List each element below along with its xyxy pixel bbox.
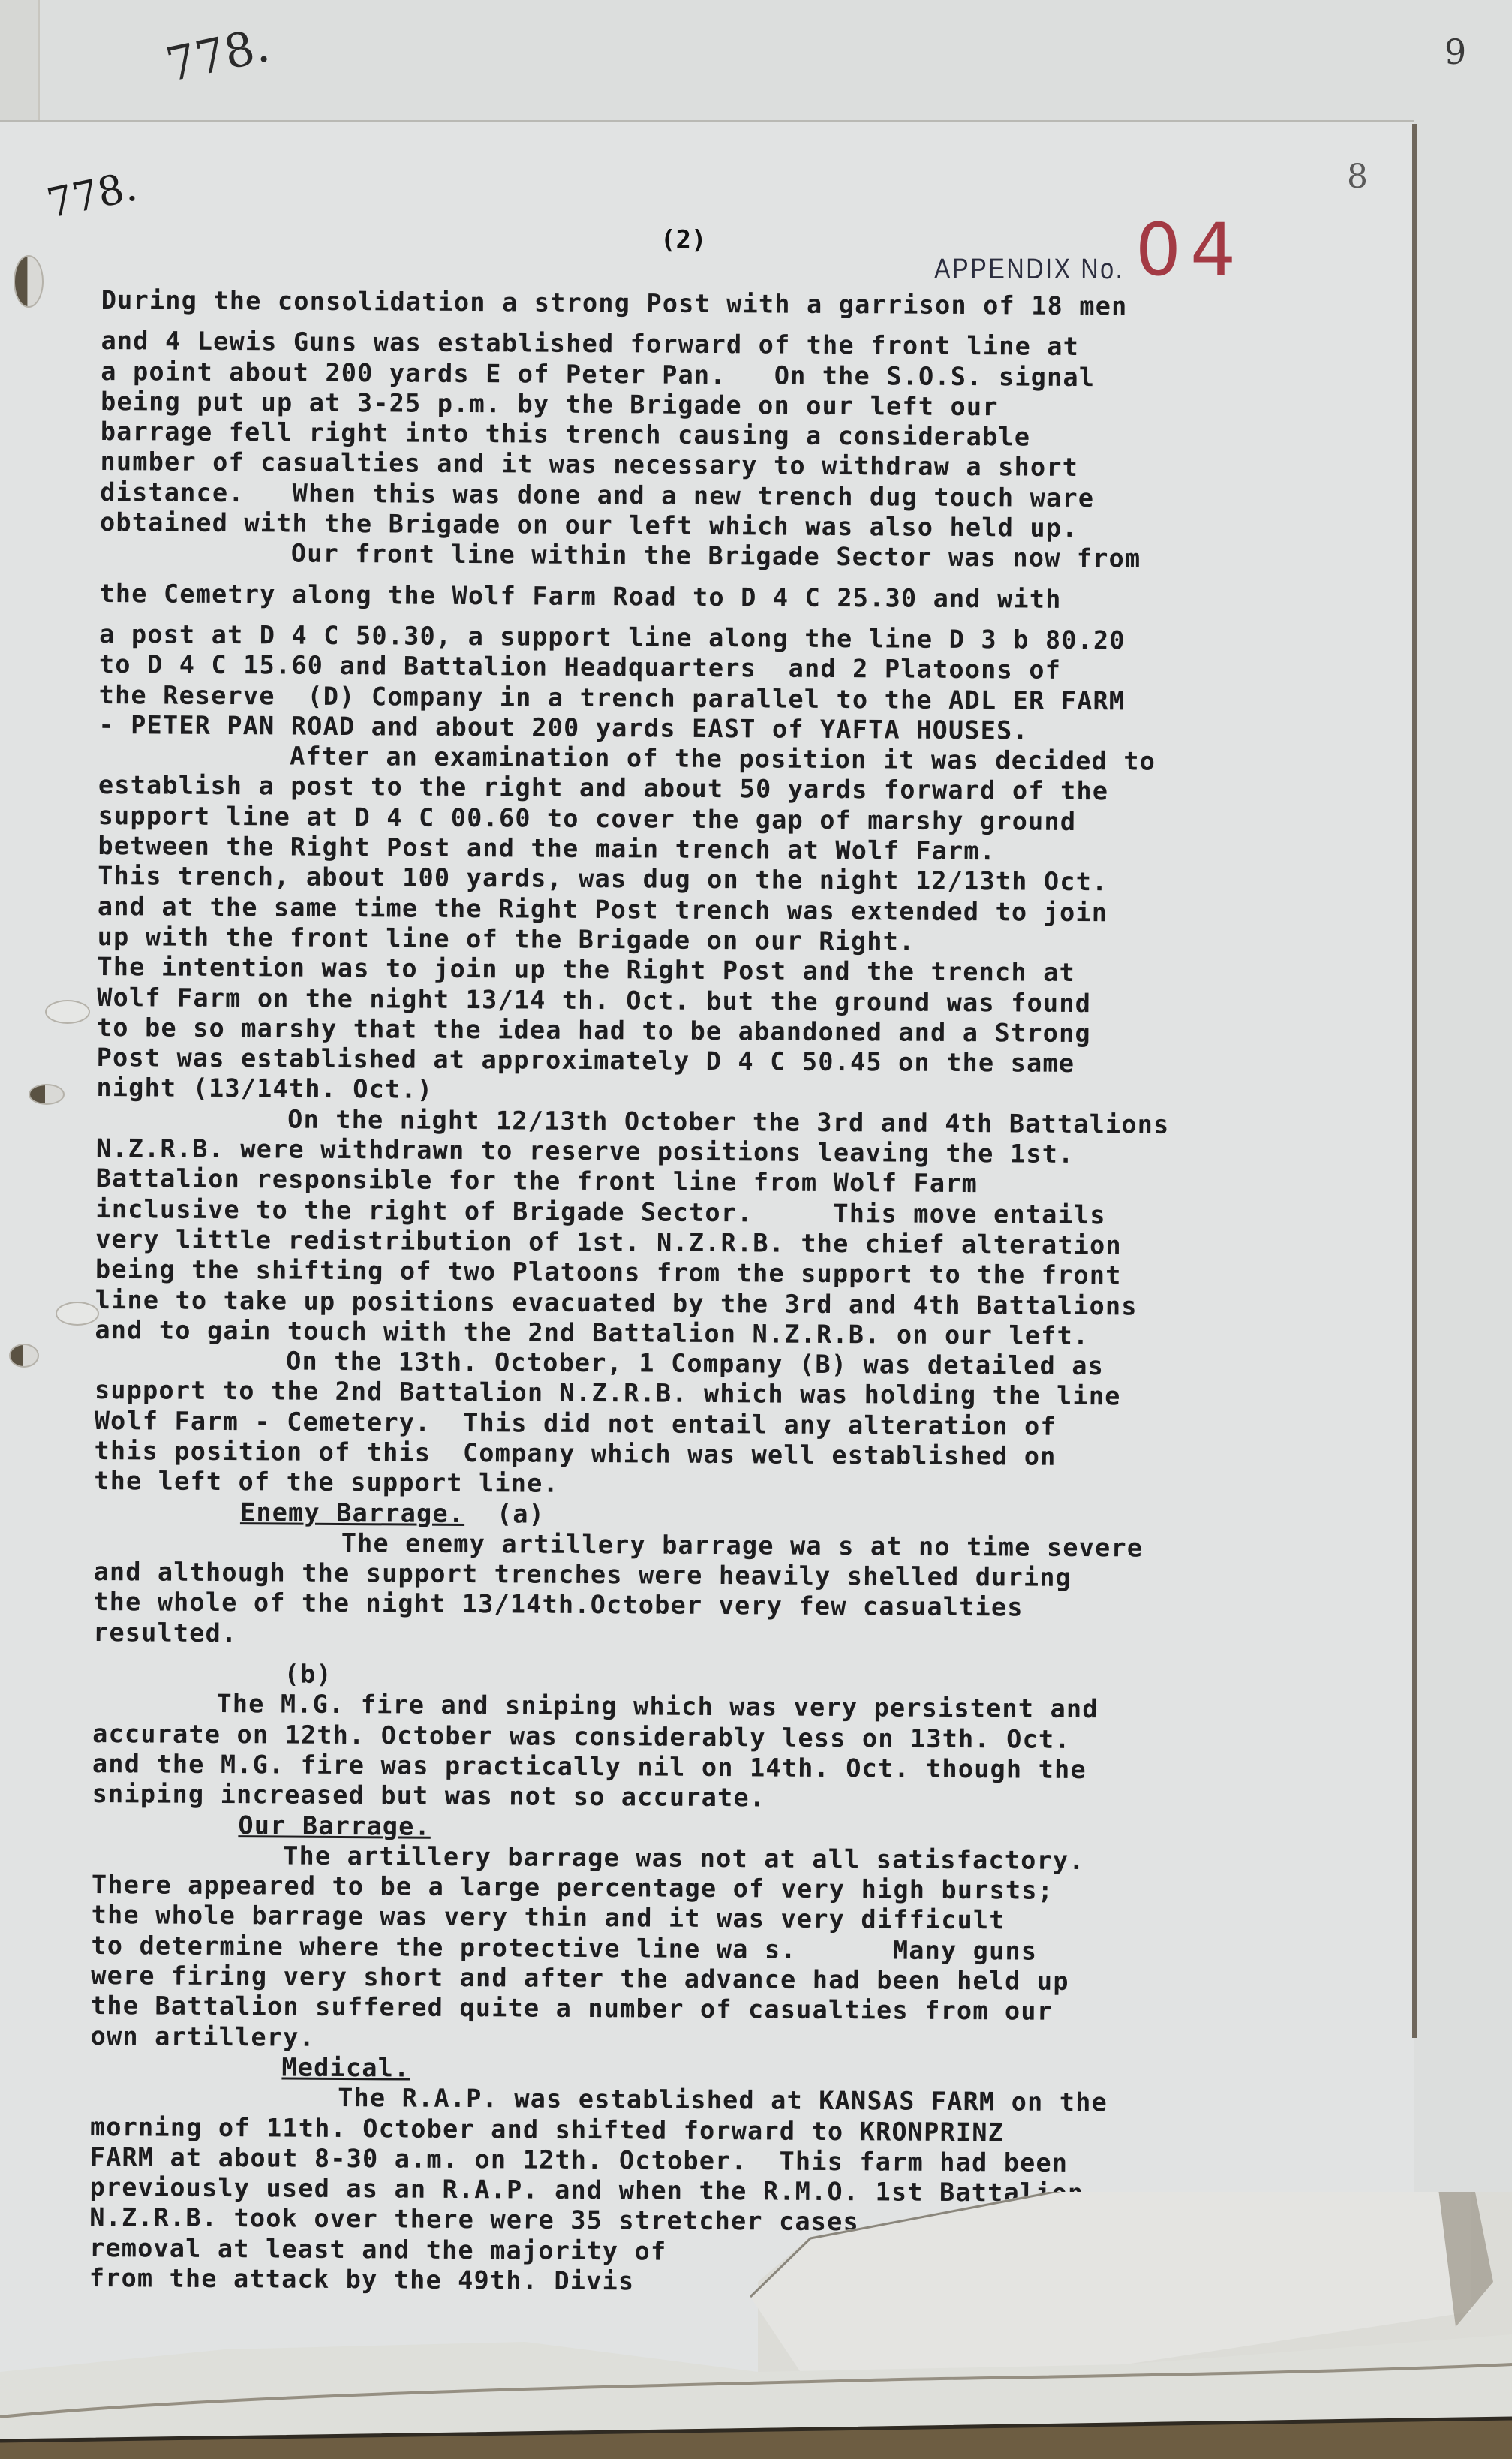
punch-hole-icon [9, 1344, 39, 1368]
heading-text: Medical. [281, 2052, 410, 2082]
appendix-stamp: APPENDIX No. 04 [934, 214, 1245, 286]
punch-hole-icon [45, 1000, 90, 1024]
text-line: Our front line within the Brigade Sector… [100, 537, 1330, 575]
torn-page-fold [0, 2192, 1512, 2459]
back-sheet-page-number: 9 [1444, 32, 1466, 72]
front-sheet-page-number: 8 [1347, 158, 1368, 196]
appendix-label: APPENDIX No. [934, 254, 1124, 286]
appendix-number: 04 [1135, 214, 1245, 286]
punch-hole-icon [29, 1084, 65, 1105]
punch-hole-icon [56, 1302, 99, 1326]
punch-hole-icon [14, 255, 44, 308]
front-sheet-right-edge [1412, 124, 1417, 2038]
text-line: the Cemetry along the Wolf Farm Road to … [99, 579, 1330, 616]
typed-report-body: During the consolidation a strong Post w… [89, 285, 1332, 2301]
page-marker: (2) [660, 225, 706, 255]
heading-text: Our Barrage. [238, 1810, 431, 1841]
heading-text: Enemy Barrage. [240, 1497, 464, 1528]
text-line: During the consolidation a strong Post w… [101, 285, 1332, 323]
text-line: resulted. [93, 1618, 1324, 1655]
back-sheet-left-edge [0, 0, 40, 124]
subsection-marker: (a) [497, 1499, 545, 1528]
